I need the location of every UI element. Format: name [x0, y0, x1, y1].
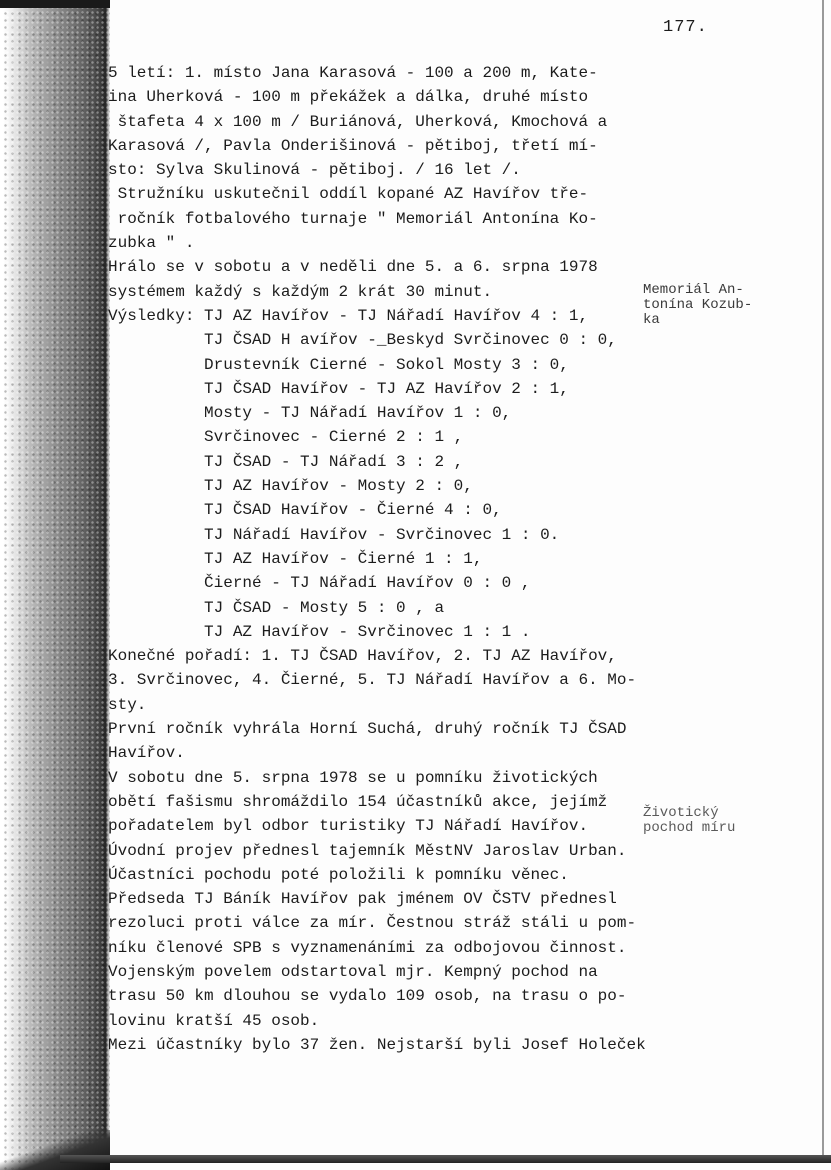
scan-bottom-edge: [60, 1155, 831, 1163]
text-line: Svrčinovec - Cierné 2 : 1 ,: [108, 425, 648, 449]
text-line: Mezi účastníky bylo 37 žen. Nejstarší by…: [108, 1033, 648, 1057]
margin-note-pochod-miru: Životickýpochod míru: [643, 806, 818, 836]
margin-note-line: tonína Kozub-: [643, 298, 818, 313]
text-line: Konečné pořadí: 1. TJ ČSAD Havířov, 2. T…: [108, 644, 648, 668]
text-line: systémem každý s každým 2 krát 30 minut.: [108, 280, 648, 304]
text-line: TJ ČSAD Havířov - TJ AZ Havířov 2 : 1,: [108, 377, 648, 401]
text-line: sty.: [108, 693, 648, 717]
text-line: Drustevník Cierné - Sokol Mosty 3 : 0,: [108, 353, 648, 377]
binding-shadow: [0, 0, 110, 1170]
text-line: pořadatelem byl odbor turistiky TJ Nářad…: [108, 814, 648, 838]
text-line: ročník fotbalového turnaje " Memoriál An…: [108, 207, 648, 231]
margin-note-line: pochod míru: [643, 821, 818, 836]
margin-note-line: ka: [643, 313, 818, 328]
text-line: Stružníku uskutečnil oddíl kopané AZ Hav…: [108, 182, 648, 206]
text-line: 3. Svrčinovec, 4. Čierné, 5. TJ Nářadí H…: [108, 668, 648, 692]
margin-note-line: Životický: [643, 806, 818, 821]
margin-note-line: Memoriál An-: [643, 283, 818, 298]
text-line: TJ ČSAD - Mosty 5 : 0 , a: [108, 596, 648, 620]
text-line: lovinu kratší 45 osob.: [108, 1009, 648, 1033]
scan-bottom-fold: [0, 1130, 110, 1170]
text-line: TJ AZ Havířov - Svrčinovec 1 : 1 .: [108, 620, 648, 644]
margin-note-memorial: Memoriál An-tonína Kozub-ka: [643, 283, 818, 328]
text-line: TJ Nářadí Havířov - Svrčinovec 1 : 0.: [108, 523, 648, 547]
text-line: TJ AZ Havířov - Mosty 2 : 0,: [108, 474, 648, 498]
text-line: Účastníci pochodu poté položili k pomník…: [108, 863, 648, 887]
text-line: Předseda TJ Báník Havířov pak jménem OV …: [108, 887, 648, 911]
text-line: 5 letí: 1. místo Jana Karasová - 100 a 2…: [108, 61, 648, 85]
text-line: trasu 50 km dlouhou se vydalo 109 osob, …: [108, 984, 648, 1008]
text-line: zubka " .: [108, 231, 648, 255]
text-line: Úvodní projev přednesl tajemník MěstNV J…: [108, 839, 648, 863]
page-number: 177.: [663, 18, 708, 37]
text-line: Výsledky: TJ AZ Havířov - TJ Nářadí Haví…: [108, 304, 648, 328]
text-line: Havířov.: [108, 741, 648, 765]
text-line: štafeta 4 x 100 m / Buriánová, Uherková,…: [108, 110, 648, 134]
text-line: TJ ČSAD Havířov - Čierné 4 : 0,: [108, 498, 648, 522]
text-line: Karasová /, Pavla Onderišinová - pětiboj…: [108, 134, 648, 158]
text-line: TJ AZ Havířov - Čierné 1 : 1,: [108, 547, 648, 571]
scanned-page: 177. 5 letí: 1. místo Jana Karasová - 10…: [0, 0, 831, 1170]
text-line: Hrálo se v sobotu a v neděli dne 5. a 6.…: [108, 255, 648, 279]
text-line: níku členové SPB s vyznamenáními za odbo…: [108, 936, 648, 960]
text-line: TJ ČSAD - TJ Nářadí 3 : 2 ,: [108, 450, 648, 474]
text-line: První ročník vyhrála Horní Suchá, druhý …: [108, 717, 648, 741]
text-line: sto: Sylva Skulinová - pětiboj. / 16 let…: [108, 158, 648, 182]
scan-top-edge: [0, 0, 110, 8]
text-line: obětí fašismu shromáždilo 154 účastníků …: [108, 790, 648, 814]
text-line: Vojenským povelem odstartoval mjr. Kempn…: [108, 960, 648, 984]
text-line: TJ ČSAD H avířov -_Beskyd Svrčinovec 0 :…: [108, 328, 648, 352]
text-line: V sobotu dne 5. srpna 1978 se u pomníku …: [108, 766, 648, 790]
typewritten-body: 5 letí: 1. místo Jana Karasová - 100 a 2…: [108, 61, 648, 1057]
text-line: rezoluci proti válce za mír. Čestnou str…: [108, 911, 648, 935]
scan-right-edge: [822, 0, 824, 1160]
text-line: ina Uherková - 100 m překážek a dálka, d…: [108, 85, 648, 109]
text-line: Mosty - TJ Nářadí Havířov 1 : 0,: [108, 401, 648, 425]
text-line: Čierné - TJ Nářadí Havířov 0 : 0 ,: [108, 571, 648, 595]
